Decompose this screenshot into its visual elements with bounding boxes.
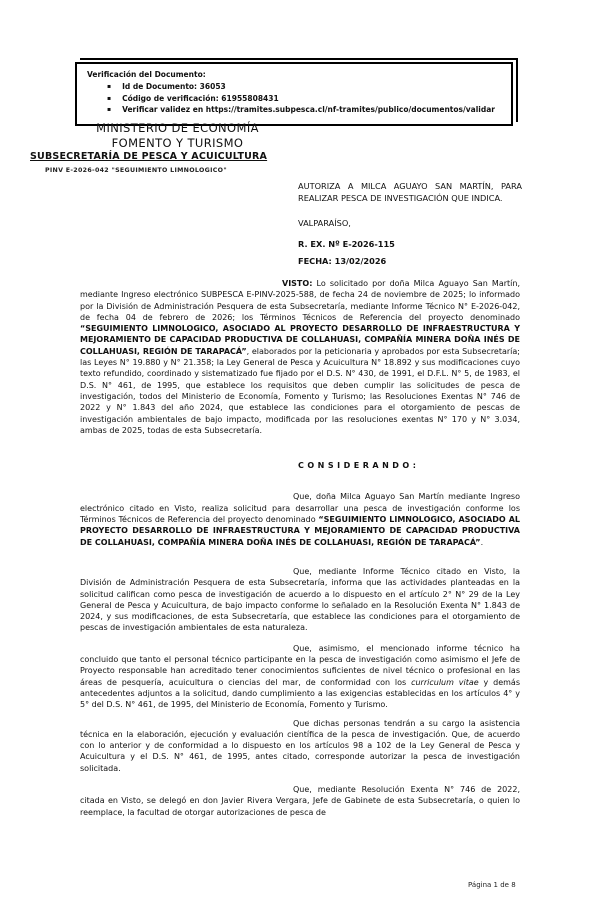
page-number: Página 1 de 8 [468, 881, 516, 889]
considerando-paragraph-4: Que dichas personas tendrán a su cargo l… [80, 718, 520, 774]
ministry-line-2: FOMENTO Y TURISMO [40, 136, 315, 151]
verification-title: Verificación del Documento: [87, 69, 503, 80]
file-reference: PINV E-2026-042 "SEGUIMIENTO LIMNOLOGICO… [45, 167, 227, 174]
considerando-heading: CONSIDERANDO: [298, 460, 520, 471]
bullet-icon: ▪ [107, 93, 111, 104]
bullet-icon: ▪ [107, 81, 111, 92]
verification-item-code: ▪ Código de verificación: 61955808431 [107, 93, 503, 104]
verification-list: ▪ Id de Documento: 36053 ▪ Código de ver… [87, 81, 503, 115]
document-page: Verificación del Documento: ▪ Id de Docu… [0, 0, 600, 918]
subsecretary-title: SUBSECRETARÍA DE PESCA Y ACUICULTURA [30, 151, 267, 162]
resolution-number: R. EX. Nº E-2026-115 [298, 239, 395, 249]
city-line: VALPARAÍSO, [298, 218, 351, 228]
resolution-body: VISTO: Lo solicitado por doña Milca Agua… [80, 278, 520, 818]
considerando-paragraph-2: Que, mediante Informe Técnico citado en … [80, 566, 520, 634]
resolution-date: FECHA: 13/02/2026 [298, 256, 386, 266]
verification-url-text: Verificar validez en https://tramites.su… [122, 104, 495, 115]
verification-box: Verificación del Documento: ▪ Id de Docu… [75, 62, 513, 126]
bullet-icon: ▪ [107, 104, 111, 115]
ministry-letterhead: MINISTERIO DE ECONOMÍA FOMENTO Y TURISMO [40, 121, 315, 150]
verification-item-doc-id: ▪ Id de Documento: 36053 [107, 81, 503, 92]
ministry-line-1: MINISTERIO DE ECONOMÍA [40, 121, 315, 136]
visto-paragraph: VISTO: Lo solicitado por doña Milca Agua… [80, 278, 520, 436]
considerando-paragraph-3: Que, asimismo, el mencionado informe téc… [80, 643, 520, 711]
verification-item-url: ▪ Verificar validez en https://tramites.… [107, 104, 503, 115]
considerando-paragraph-1: Que, doña Milca Aguayo San Martín median… [80, 491, 520, 547]
considerando-paragraph-5: Que, mediante Resolución Exenta N° 746 d… [80, 784, 520, 818]
resolution-subject: AUTORIZA A MILCA AGUAYO SAN MARTÍN, PARA… [298, 181, 522, 205]
verification-doc-id-text: Id de Documento: 36053 [122, 81, 226, 92]
verification-code-text: Código de verificación: 61955808431 [122, 93, 279, 104]
